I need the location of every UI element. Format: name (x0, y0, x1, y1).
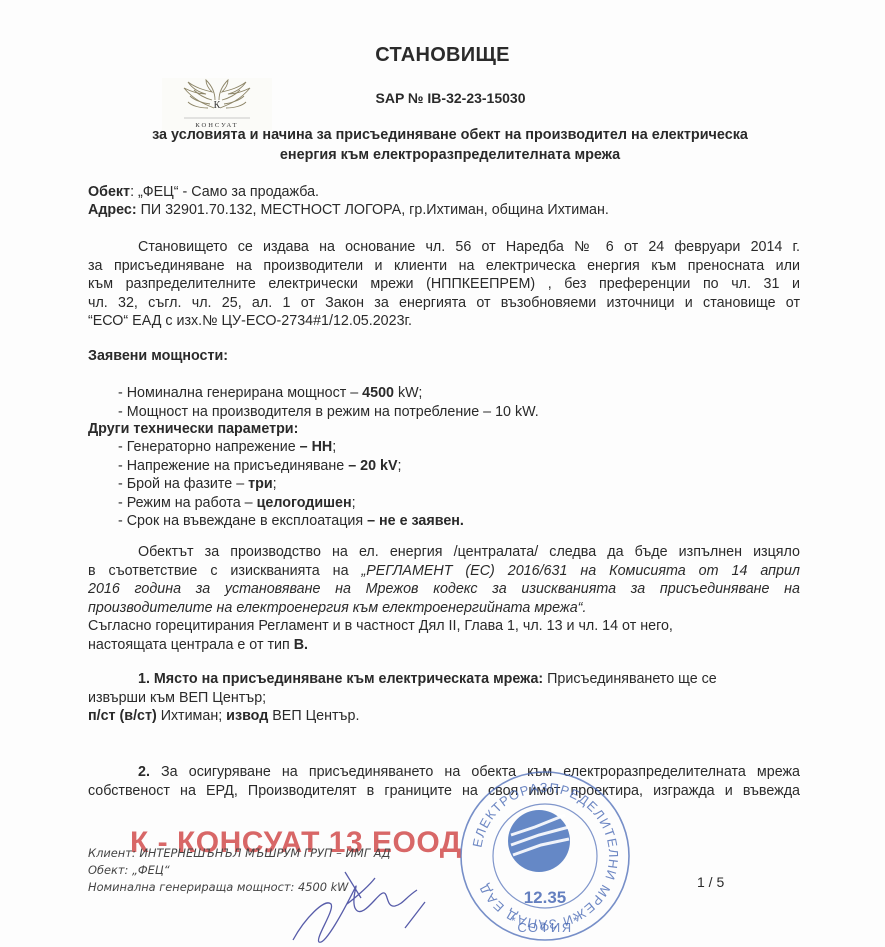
technical-params-list: - Генераторно напрежение – НН; - Напреже… (118, 438, 464, 531)
technical-param-item: - Срок на въвеждане в експлоатация – не … (118, 512, 464, 531)
regulation-line: настоящата централа е от тип В. (88, 636, 800, 655)
address-value: ПИ 32901.70.132, МЕСТНОСТ ЛОГОРА, гр.Ихт… (137, 202, 609, 218)
intro-line: Становището се издава на основание чл. 5… (88, 238, 800, 257)
section2-line: 2. За осигуряване на присъединяването на… (88, 763, 800, 782)
intro-line: за присъединяване на производители и кли… (88, 257, 800, 276)
svg-text:12.35: 12.35 (524, 888, 567, 907)
document-title: СТАНОВИЩЕ (0, 44, 885, 67)
section2-line: собственост на ЕРД, Производителят в гра… (88, 782, 800, 801)
svg-text:СОФИЯ: СОФИЯ (517, 920, 572, 935)
section1-line: извърши към ВЕП Център; (88, 689, 800, 708)
section1-line: п/ст (в/ст) Ихтиман; извод ВЕП Център. (88, 707, 800, 726)
svg-text:*: * (511, 914, 516, 928)
document-subtitle: за условията и начина за присъединяване … (90, 125, 810, 165)
technical-param-item: - Напрежение на присъединяване – 20 kV; (118, 457, 464, 476)
svg-text:*: * (573, 914, 578, 928)
object-value: : „ФЕЦ“ - Само за продажба. (130, 184, 319, 200)
declared-power-heading: Заявени мощности: (88, 347, 228, 366)
regulation-paragraph: Обектът за производство на ел. енергия /… (88, 543, 800, 654)
object-line: Обект: „ФЕЦ“ - Само за продажба. (88, 183, 319, 202)
intro-line: чл. 32, съгл. чл. 25, ал. 1 от Закон за … (88, 294, 800, 313)
technical-param-item: - Генераторно напрежение – НН; (118, 438, 464, 457)
declared-power-list: - Номинална генерирана мощност – 4500 kW… (118, 384, 539, 421)
regulation-line: Съгласно горецитирания Регламент и в час… (88, 617, 800, 636)
address-label: Адрес: (88, 202, 137, 218)
subtitle-line-2: енергия към електроразпределителната мре… (90, 145, 810, 165)
intro-paragraph: Становището се издава на основание чл. 5… (88, 238, 800, 331)
intro-line: “ЕСО“ ЕАД с изх.№ ЦУ-ЕСО-2734#1/12.05.20… (88, 312, 800, 331)
address-line: Адрес: ПИ 32901.70.132, МЕСТНОСТ ЛОГОРА,… (88, 201, 609, 220)
section-connection-obligations: 2. За осигуряване на присъединяването на… (88, 763, 800, 800)
technical-param-item: - Брой на фазите – три; (118, 475, 464, 494)
sap-number: SAP № IB-32-23-15030 (0, 90, 885, 106)
object-label: Обект (88, 184, 130, 200)
page-number: 1 / 5 (697, 873, 724, 892)
regulation-line: 2016 година за установяване на Мрежов ко… (88, 580, 800, 599)
subtitle-line-1: за условията и начина за присъединяване … (90, 125, 810, 145)
technical-params-heading: Други технически параметри: (88, 420, 298, 439)
declared-power-item: - Мощност на производителя в режим на по… (118, 403, 539, 422)
section1-line: 1. Място на присъединяване към електриче… (88, 670, 800, 689)
section-connection-point: 1. Място на присъединяване към електриче… (88, 670, 800, 726)
regulation-line: Обектът за производство на ел. енергия /… (88, 543, 800, 562)
signature (285, 868, 435, 947)
signature-icon (285, 868, 435, 947)
footer-client: Клиент: ИНТЕРНЕШЪНЪЛ МЪШРУМ ГРУП – ИМГ А… (88, 845, 391, 862)
technical-param-item: - Режим на работа – целогодишен; (118, 494, 464, 513)
intro-line: към разпределителните електрически мрежи… (88, 275, 800, 294)
declared-power-item: - Номинална генерирана мощност – 4500 kW… (118, 384, 539, 403)
stamp-seal-icon: ЕЛЕКТРОРАЗПРЕДЕЛИТЕЛНИ МРЕЖИ ЗАПАД ЕАД 1… (455, 765, 635, 947)
regulation-line: в съответствие с изискванията на „РЕГЛАМ… (88, 562, 800, 581)
company-stamp: ЕЛЕКТРОРАЗПРЕДЕЛИТЕЛНИ МРЕЖИ ЗАПАД ЕАД 1… (455, 765, 635, 947)
regulation-line: производителите на електроенергия към ел… (88, 599, 800, 618)
